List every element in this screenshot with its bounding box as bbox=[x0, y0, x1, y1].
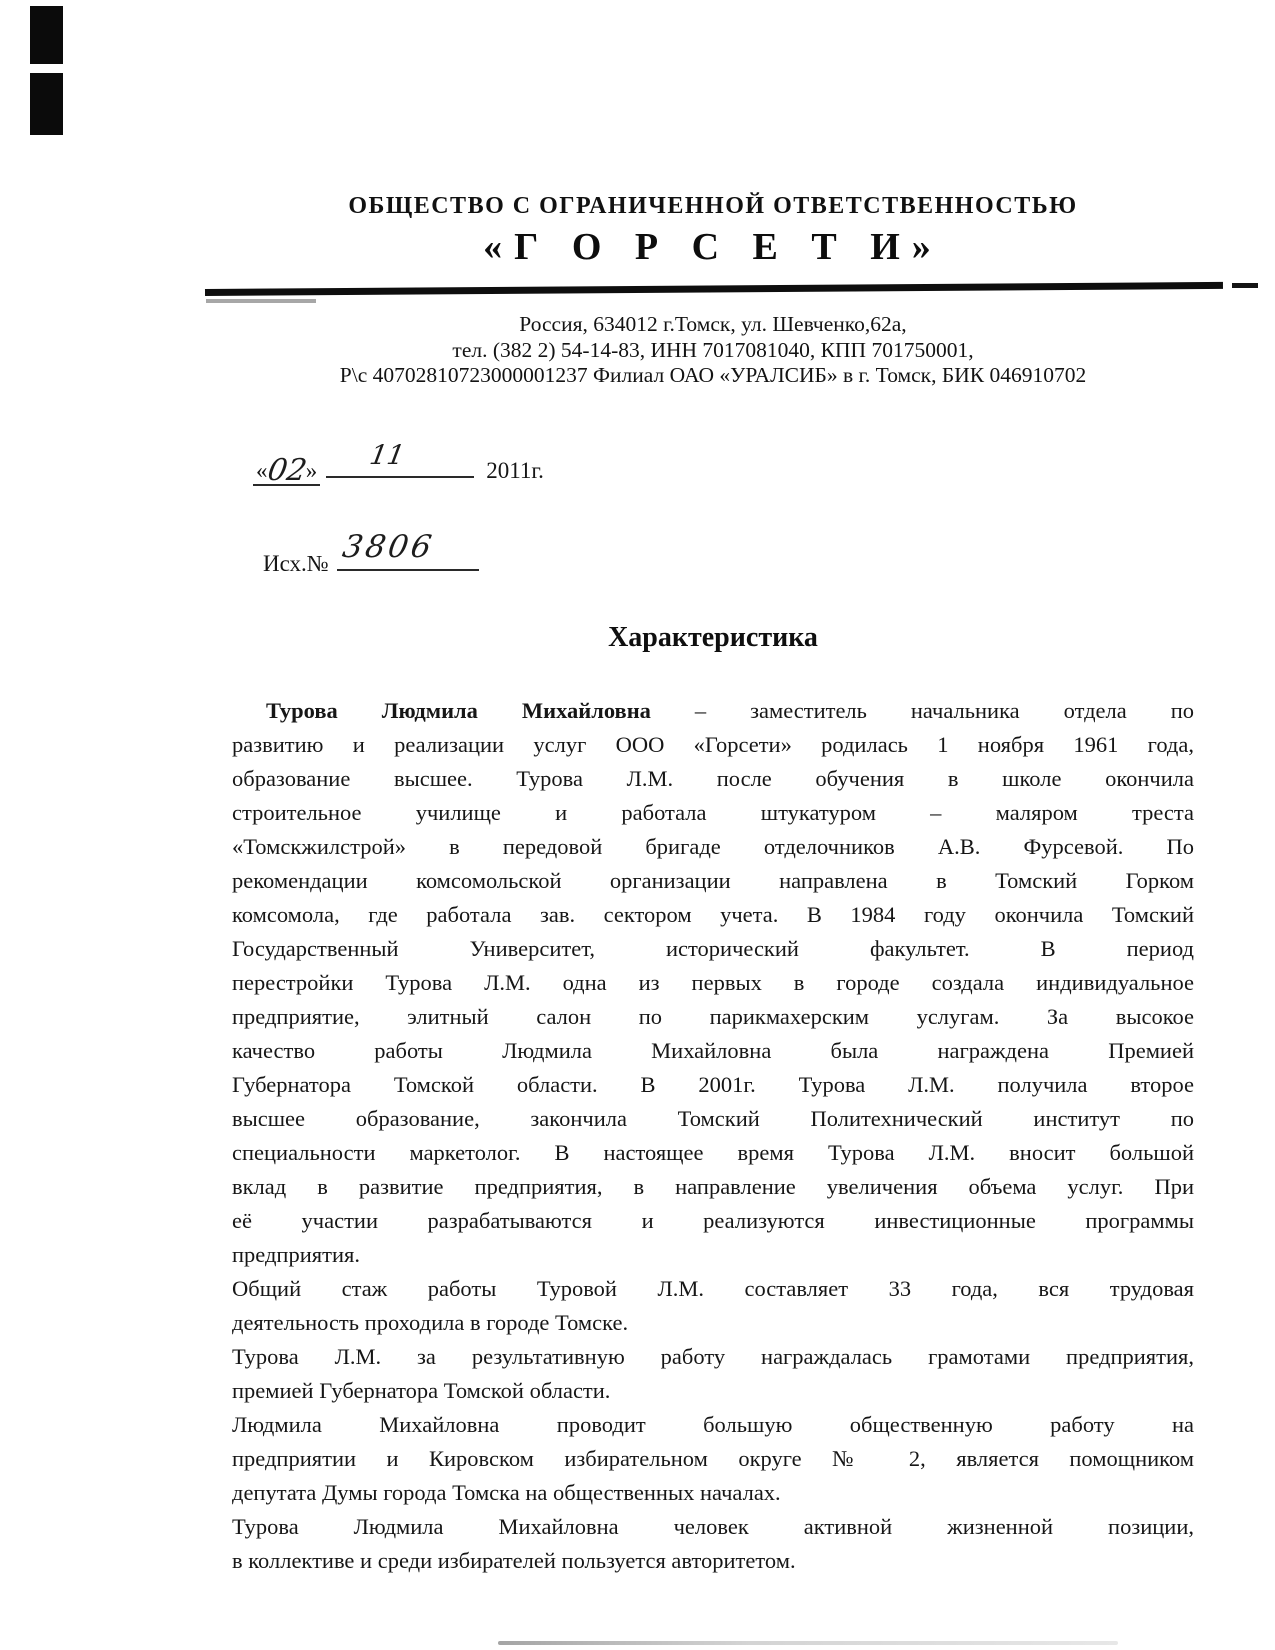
body-line: специальности маркетолог. В настоящее вр… bbox=[232, 1136, 1194, 1170]
date-month-underline: 11 bbox=[326, 452, 474, 478]
date-year: 2011г. bbox=[486, 458, 544, 483]
body-line: рекомендации комсомольской организации н… bbox=[232, 864, 1194, 898]
body-line: высшее образование, закончила Томский По… bbox=[232, 1102, 1194, 1136]
body-line: предприятия. bbox=[232, 1238, 1194, 1272]
document-body: Турова Людмила Михайловна – заместитель … bbox=[232, 694, 1194, 1578]
header-rule-shadow bbox=[206, 299, 316, 303]
body-line: предприятии и Кировском избирательном ок… bbox=[232, 1442, 1194, 1476]
header-rule bbox=[205, 282, 1223, 296]
scan-artifact-top-left-lower bbox=[30, 73, 63, 135]
body-line: «Томскжилстрой» в передовой бригаде отде… bbox=[232, 830, 1194, 864]
body-line-intro: Турова Людмила Михайловна – заместитель … bbox=[232, 694, 1194, 728]
body-line: премией Губернатора Томской области. bbox=[232, 1374, 1194, 1408]
body-line: образование высшее. Турова Л.М. после об… bbox=[232, 762, 1194, 796]
body-line: Общий стаж работы Туровой Л.М. составляе… bbox=[232, 1272, 1194, 1306]
ref-underline: 3806 bbox=[337, 543, 479, 571]
body-line: деятельность проходила в городе Томске. bbox=[232, 1306, 1194, 1340]
date-day-group: «02» bbox=[253, 458, 320, 486]
body-line: депутата Думы города Томска на обществен… bbox=[232, 1476, 1194, 1510]
ref-line: Исх.№3806 bbox=[263, 543, 479, 577]
body-line: Государственный Университет, исторически… bbox=[232, 932, 1194, 966]
scanned-document-page: { "document": { "header": { "org_type": … bbox=[0, 0, 1275, 1650]
body-line: развитию и реализации услуг ООО «Горсети… bbox=[232, 728, 1194, 762]
scan-artifact-bottom-streak bbox=[498, 1641, 1118, 1645]
date-line: «02»112011г. bbox=[253, 452, 544, 486]
body-line: качество работы Людмила Михайловна была … bbox=[232, 1034, 1194, 1068]
body-line: комсомола, где работала зав. сектором уч… bbox=[232, 898, 1194, 932]
org-name-text: «Г О Р С Е Т И» bbox=[232, 224, 1194, 270]
body-line: Турова Людмила Михайловна человек активн… bbox=[232, 1510, 1194, 1544]
body-line: вклад в развитие предприятия, в направле… bbox=[232, 1170, 1194, 1204]
address-line-2: тел. (382 2) 54-14-83, ИНН 7017081040, К… bbox=[232, 338, 1194, 364]
handwritten-ref-number: 3806 bbox=[340, 529, 437, 565]
body-line: Людмила Михайловна проводит большую обще… bbox=[232, 1408, 1194, 1442]
body-line: Турова Л.М. за результативную работу наг… bbox=[232, 1340, 1194, 1374]
body-line: предприятие, элитный салон по парикмахер… bbox=[232, 1000, 1194, 1034]
handwritten-month: 11 bbox=[367, 440, 407, 471]
page-title: Характеристика bbox=[232, 620, 1194, 656]
body-line: её участии разрабатываются и реализуются… bbox=[232, 1204, 1194, 1238]
handwritten-day: 02 bbox=[266, 461, 308, 481]
body-line: строительное училище и работала штукатур… bbox=[232, 796, 1194, 830]
ref-label: Исх.№ bbox=[263, 551, 329, 576]
intro-rest: – заместитель начальника отдела по bbox=[695, 698, 1194, 723]
address-block: Россия, 634012 г.Томск, ул. Шевченко,62а… bbox=[232, 312, 1194, 389]
address-line-1: Россия, 634012 г.Томск, ул. Шевченко,62а… bbox=[232, 312, 1194, 338]
org-type-text: ОБЩЕСТВО С ОГРАНИЧЕННОЙ ОТВЕТСТВЕННОСТЬЮ bbox=[232, 192, 1194, 220]
header-rule-dash bbox=[1232, 283, 1258, 288]
scan-artifact-top-left-upper bbox=[30, 6, 63, 64]
body-line: в коллективе и среди избирателей пользуе… bbox=[232, 1544, 1194, 1578]
person-name-bold: Турова Людмила Михайловна bbox=[266, 698, 651, 723]
body-line: Губернатора Томской области. В 2001г. Ту… bbox=[232, 1068, 1194, 1102]
address-line-3: Р\с 40702810723000001237 Филиал ОАО «УРА… bbox=[232, 363, 1194, 389]
body-line: перестройки Турова Л.М. одна из первых в… bbox=[232, 966, 1194, 1000]
